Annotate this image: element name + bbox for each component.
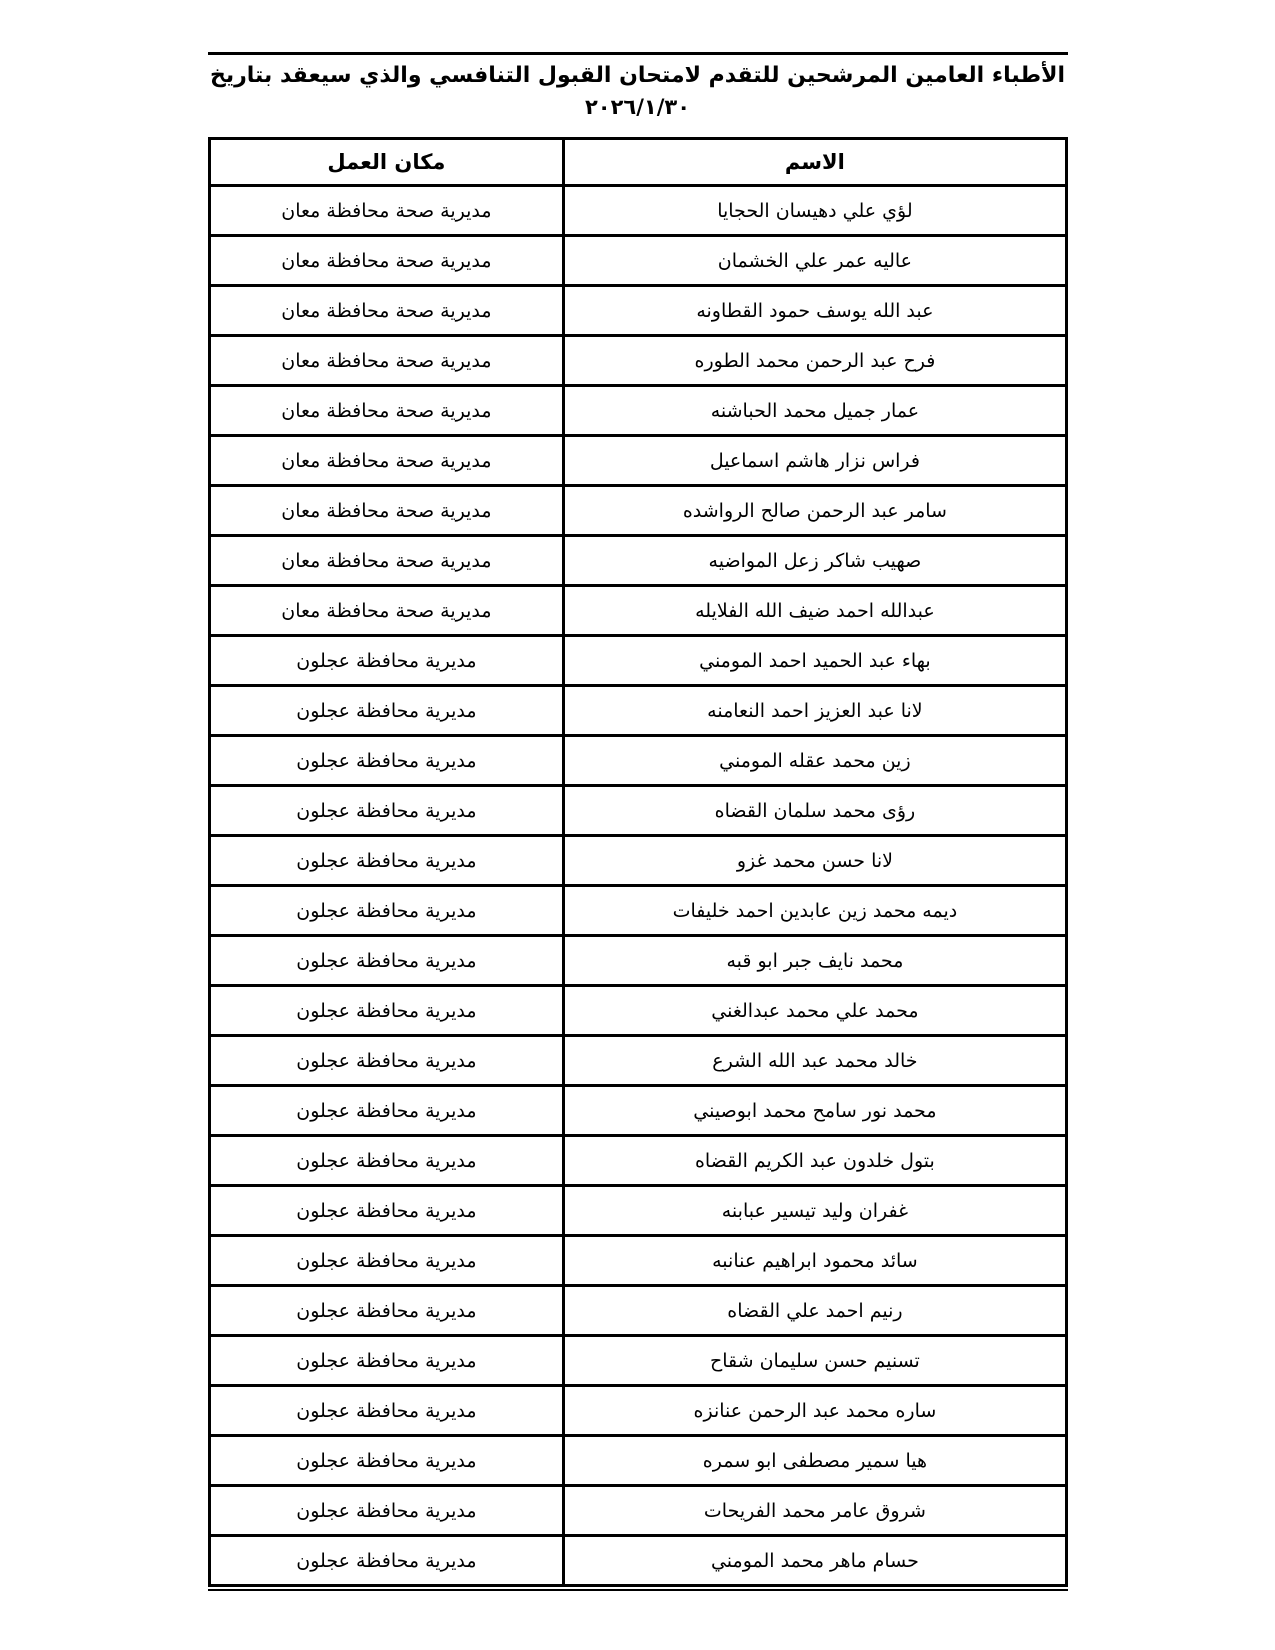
- table-row: فرح عبد الرحمن محمد الطورهمديرية صحة محا…: [209, 336, 1066, 386]
- workplace-cell: مديرية محافظة عجلون: [209, 1136, 564, 1186]
- table-row: محمد نور سامح محمد ابوصينيمديرية محافظة …: [209, 1086, 1066, 1136]
- workplace-cell: مديرية محافظة عجلون: [209, 936, 564, 986]
- workplace-cell: مديرية محافظة عجلون: [209, 886, 564, 936]
- name-cell: فراس نزار هاشم اسماعيل: [564, 436, 1066, 486]
- table-row: ساره محمد عبد الرحمن عنانزهمديرية محافظة…: [209, 1386, 1066, 1436]
- table-row: صهيب شاكر زعل المواضيهمديرية صحة محافظة …: [209, 536, 1066, 586]
- table-row: شروق عامر محمد الفريحاتمديرية محافظة عجل…: [209, 1486, 1066, 1536]
- name-cell: بتول خلدون عبد الكريم القضاه: [564, 1136, 1066, 1186]
- name-cell: بهاء عبد الحميد احمد المومني: [564, 636, 1066, 686]
- table-row: عبد الله يوسف حمود القطاونهمديرية صحة مح…: [209, 286, 1066, 336]
- name-cell: هيا سمير مصطفى ابو سمره: [564, 1436, 1066, 1486]
- table-row: عبدالله احمد ضيف الله الفلايلهمديرية صحة…: [209, 586, 1066, 636]
- table-row: هيا سمير مصطفى ابو سمرهمديرية محافظة عجل…: [209, 1436, 1066, 1486]
- table-row: عمار جميل محمد الحباشنهمديرية صحة محافظة…: [209, 386, 1066, 436]
- name-cell: عبد الله يوسف حمود القطاونه: [564, 286, 1066, 336]
- name-cell: فرح عبد الرحمن محمد الطوره: [564, 336, 1066, 386]
- table-row: ديمه محمد زين عابدين احمد خليفاتمديرية م…: [209, 886, 1066, 936]
- table-row: محمد علي محمد عبدالغنيمديرية محافظة عجلو…: [209, 986, 1066, 1036]
- workplace-cell: مديرية صحة محافظة معان: [209, 586, 564, 636]
- table-row: عاليه عمر علي الخشمانمديرية صحة محافظة م…: [209, 236, 1066, 286]
- name-cell: عاليه عمر علي الخشمان: [564, 236, 1066, 286]
- name-cell: لانا عبد العزيز احمد النعامنه: [564, 686, 1066, 736]
- name-cell: عمار جميل محمد الحباشنه: [564, 386, 1066, 436]
- document-title: الأطباء العامين المرشحين للتقدم لامتحان …: [208, 60, 1068, 92]
- workplace-cell: مديرية محافظة عجلون: [209, 1386, 564, 1436]
- name-cell: ديمه محمد زين عابدين احمد خليفات: [564, 886, 1066, 936]
- workplace-cell: مديرية محافظة عجلون: [209, 1486, 564, 1536]
- document-content: الأطباء العامين المرشحين للتقدم لامتحان …: [208, 52, 1068, 1591]
- name-cell: غفران وليد تيسير عبابنه: [564, 1186, 1066, 1236]
- workplace-cell: مديرية محافظة عجلون: [209, 636, 564, 686]
- name-cell: محمد نايف جبر ابو قبه: [564, 936, 1066, 986]
- workplace-cell: مديرية محافظة عجلون: [209, 686, 564, 736]
- table-wrapper: الاسم مكان العمل لؤي علي دهيسان الحجايام…: [208, 137, 1068, 1591]
- table-row: فراس نزار هاشم اسماعيلمديرية صحة محافظة …: [209, 436, 1066, 486]
- table-row: محمد نايف جبر ابو قبهمديرية محافظة عجلون: [209, 936, 1066, 986]
- table-body: لؤي علي دهيسان الحجايامديرية صحة محافظة …: [209, 186, 1066, 1586]
- table-row: لانا عبد العزيز احمد النعامنهمديرية محاف…: [209, 686, 1066, 736]
- table-row: رنيم احمد علي القضاهمديرية محافظة عجلون: [209, 1286, 1066, 1336]
- name-cell: سامر عبد الرحمن صالح الرواشده: [564, 486, 1066, 536]
- table-row: حسام ماهر محمد المومنيمديرية محافظة عجلو…: [209, 1536, 1066, 1586]
- column-header-workplace: مكان العمل: [209, 139, 564, 186]
- table-row: سامر عبد الرحمن صالح الرواشدهمديرية صحة …: [209, 486, 1066, 536]
- name-cell: لانا حسن محمد غزو: [564, 836, 1066, 886]
- table-row: تسنيم حسن سليمان شقاحمديرية محافظة عجلون: [209, 1336, 1066, 1386]
- workplace-cell: مديرية محافظة عجلون: [209, 986, 564, 1036]
- table-row: رؤى محمد سلمان القضاهمديرية محافظة عجلون: [209, 786, 1066, 836]
- candidates-table: الاسم مكان العمل لؤي علي دهيسان الحجايام…: [208, 137, 1068, 1587]
- workplace-cell: مديرية صحة محافظة معان: [209, 486, 564, 536]
- workplace-cell: مديرية محافظة عجلون: [209, 836, 564, 886]
- name-cell: ساره محمد عبد الرحمن عنانزه: [564, 1386, 1066, 1436]
- document-page: الأطباء العامين المرشحين للتقدم لامتحان …: [0, 0, 1275, 1650]
- workplace-cell: مديرية صحة محافظة معان: [209, 336, 564, 386]
- workplace-cell: مديرية محافظة عجلون: [209, 1436, 564, 1486]
- name-cell: حسام ماهر محمد المومني: [564, 1536, 1066, 1586]
- workplace-cell: مديرية محافظة عجلون: [209, 1336, 564, 1386]
- table-row: زين محمد عقله المومنيمديرية محافظة عجلون: [209, 736, 1066, 786]
- table-row: خالد محمد عبد الله الشرعمديرية محافظة عج…: [209, 1036, 1066, 1086]
- workplace-cell: مديرية محافظة عجلون: [209, 786, 564, 836]
- name-cell: عبدالله احمد ضيف الله الفلايله: [564, 586, 1066, 636]
- name-cell: شروق عامر محمد الفريحات: [564, 1486, 1066, 1536]
- table-row: لؤي علي دهيسان الحجايامديرية صحة محافظة …: [209, 186, 1066, 236]
- workplace-cell: مديرية صحة محافظة معان: [209, 386, 564, 436]
- workplace-cell: مديرية محافظة عجلون: [209, 736, 564, 786]
- table-row: لانا حسن محمد غزومديرية محافظة عجلون: [209, 836, 1066, 886]
- workplace-cell: مديرية محافظة عجلون: [209, 1286, 564, 1336]
- table-header: الاسم مكان العمل: [209, 139, 1066, 186]
- name-cell: محمد نور سامح محمد ابوصيني: [564, 1086, 1066, 1136]
- workplace-cell: مديرية محافظة عجلون: [209, 1236, 564, 1286]
- exam-date: ٢٠٢٦/١/٣٠: [208, 92, 1068, 122]
- name-cell: رؤى محمد سلمان القضاه: [564, 786, 1066, 836]
- name-cell: صهيب شاكر زعل المواضيه: [564, 536, 1066, 586]
- workplace-cell: مديرية محافظة عجلون: [209, 1086, 564, 1136]
- workplace-cell: مديرية صحة محافظة معان: [209, 536, 564, 586]
- name-cell: خالد محمد عبد الله الشرع: [564, 1036, 1066, 1086]
- workplace-cell: مديرية صحة محافظة معان: [209, 186, 564, 236]
- name-cell: رنيم احمد علي القضاه: [564, 1286, 1066, 1336]
- name-cell: تسنيم حسن سليمان شقاح: [564, 1336, 1066, 1386]
- table-row: سائد محمود ابراهيم عنانبهمديرية محافظة ع…: [209, 1236, 1066, 1286]
- workplace-cell: مديرية محافظة عجلون: [209, 1536, 564, 1586]
- column-header-name: الاسم: [564, 139, 1066, 186]
- table-header-row: الاسم مكان العمل: [209, 139, 1066, 186]
- name-cell: محمد علي محمد عبدالغني: [564, 986, 1066, 1036]
- workplace-cell: مديرية صحة محافظة معان: [209, 286, 564, 336]
- workplace-cell: مديرية صحة محافظة معان: [209, 436, 564, 486]
- table-row: بهاء عبد الحميد احمد المومنيمديرية محافظ…: [209, 636, 1066, 686]
- name-cell: سائد محمود ابراهيم عنانبه: [564, 1236, 1066, 1286]
- name-cell: لؤي علي دهيسان الحجايا: [564, 186, 1066, 236]
- workplace-cell: مديرية محافظة عجلون: [209, 1036, 564, 1086]
- name-cell: زين محمد عقله المومني: [564, 736, 1066, 786]
- table-row: بتول خلدون عبد الكريم القضاهمديرية محافظ…: [209, 1136, 1066, 1186]
- workplace-cell: مديرية صحة محافظة معان: [209, 236, 564, 286]
- header-rule: [208, 52, 1068, 55]
- table-row: غفران وليد تيسير عبابنهمديرية محافظة عجل…: [209, 1186, 1066, 1236]
- workplace-cell: مديرية محافظة عجلون: [209, 1186, 564, 1236]
